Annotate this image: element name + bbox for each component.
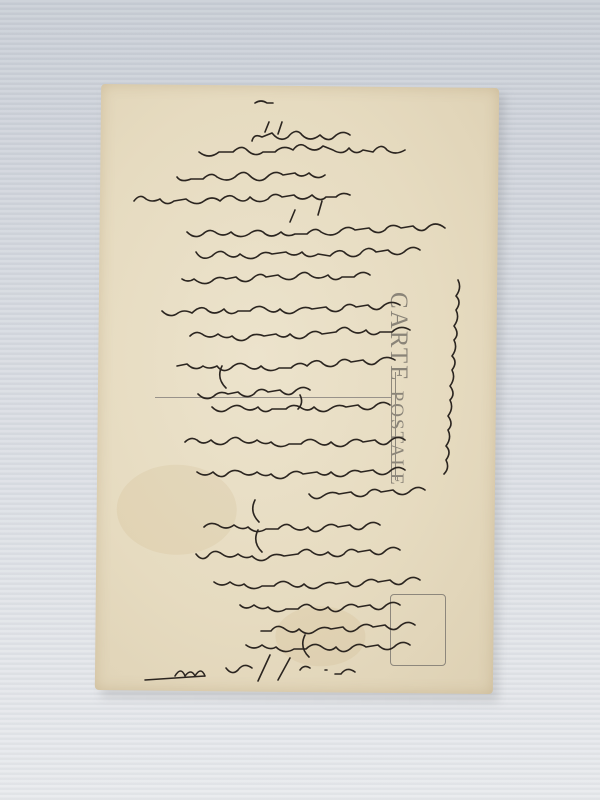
- handwriting: [0, 0, 600, 800]
